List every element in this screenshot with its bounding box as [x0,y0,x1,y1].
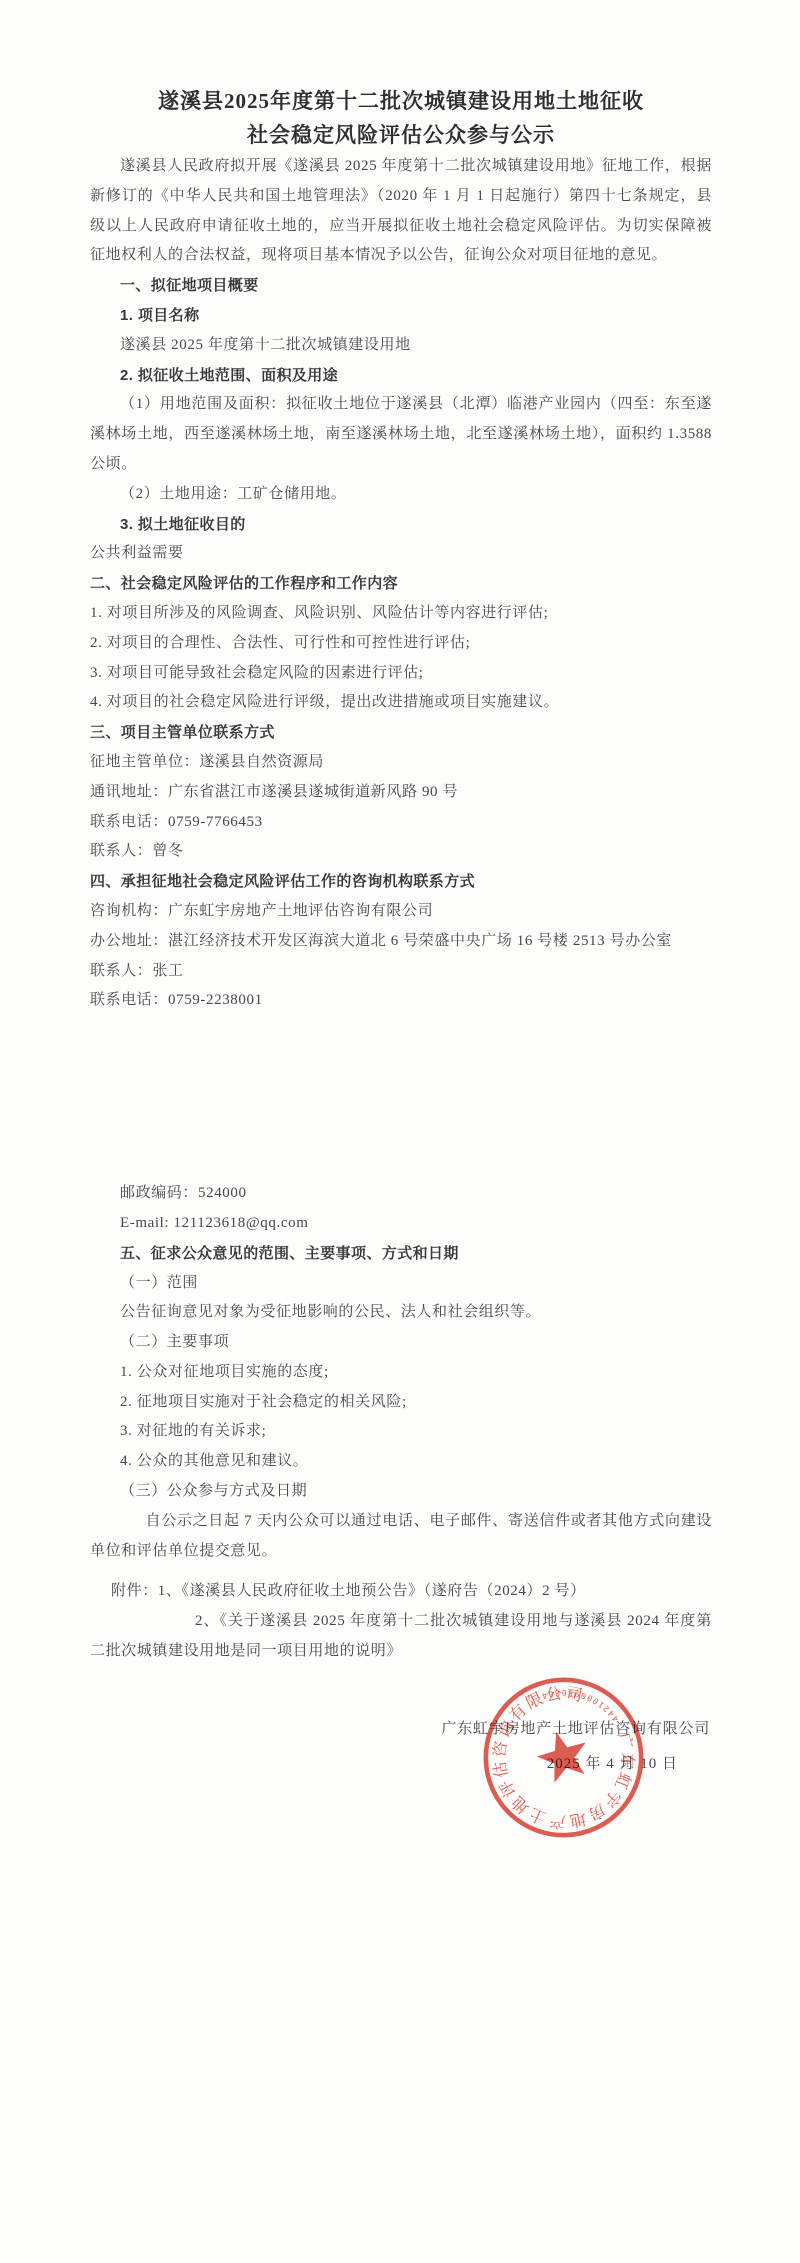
procedure-item-2: 2. 对项目的合理性、合法性、可行性和可控性进行评估; [90,629,712,659]
section-1-heading: 一、拟征地项目概要 [90,271,712,301]
purpose-value: 公共利益需要 [90,539,712,569]
consult-matter-2: 2. 征地项目实施对于社会稳定的相关风险; [90,1388,712,1418]
intro-paragraph: 遂溪县人民政府拟开展《遂溪县 2025 年度第十二批次城镇建设用地》征地工作，根… [90,152,712,271]
agency-email: E-mail: 121123618@qq.com [90,1209,712,1239]
scope-label: 2. 拟征收土地范围、面积及用途 [90,361,712,391]
procedure-item-1: 1. 对项目所涉及的风险调查、风险识别、风险估计等内容进行评估; [90,599,712,629]
agency-org: 咨询机构：广东虹宇房地产土地评估咨询有限公司 [90,897,712,927]
document-page: 遂溪县2025年度第十二批次城镇建设用地土地征收 社会稳定风险评估公众参与公示 … [0,0,800,2263]
doc-title-line2: 社会稳定风险评估公众参与公示 [90,118,712,152]
land-use-text: （2）土地用途：工矿仓储用地。 [90,480,712,510]
signature-company: 广东虹宇房地产土地评估咨询有限公司 [90,1714,712,1744]
doc-title-line1: 遂溪县2025年度第十二批次城镇建设用地土地征收 [90,84,712,118]
scope-text: （1）用地范围及面积：拟征收土地位于遂溪县（北潭）临港产业园内（四至：东至遂溪林… [90,390,712,479]
consult-method-label: （三）公众参与方式及日期 [90,1477,712,1507]
document-content: 遂溪县2025年度第十二批次城镇建设用地土地征收 社会稳定风险评估公众参与公示 … [0,0,800,1779]
consult-matter-4: 4. 公众的其他意见和建议。 [90,1447,712,1477]
procedure-item-4: 4. 对项目的社会稳定风险进行评级，提出改进措施或项目实施建议。 [90,688,712,718]
agency-contact: 联系人：张工 [90,957,712,987]
signature-date: 2025 年 4 月 10 日 [90,1749,712,1779]
authority-unit: 征地主管单位：遂溪县自然资源局 [90,748,712,778]
authority-address: 通讯地址：广东省湛江市遂溪县遂城街道新风路 90 号 [90,778,712,808]
attachment-line-2: 2、《关于遂溪县 2025 年度第十二批次城镇建设用地与遂溪县 2024 年度第… [90,1607,712,1667]
purpose-label: 3. 拟土地征收目的 [90,510,712,540]
consult-matter-3: 3. 对征地的有关诉求; [90,1417,712,1447]
page-break-gap [90,1016,712,1179]
agency-address: 办公地址：湛江经济技术开发区海滨大道北 6 号荣盛中央广场 16 号楼 2513… [90,927,712,957]
project-name-label: 1. 项目名称 [90,301,712,331]
section-2-heading: 二、社会稳定风险评估的工作程序和工作内容 [90,569,712,599]
consult-method-text: 自公示之日起 7 天内公众可以通过电话、电子邮件、寄送信件或者其他方式向建设单位… [90,1507,712,1567]
agency-postcode: 邮政编码：524000 [90,1179,712,1209]
procedure-item-3: 3. 对项目可能导致社会稳定风险的因素进行评估; [90,659,712,689]
authority-contact: 联系人：曾冬 [90,837,712,867]
consult-matter-1: 1. 公众对征地项目实施的态度; [90,1358,712,1388]
project-name-value: 遂溪县 2025 年度第十二批次城镇建设用地 [90,331,712,361]
consult-scope-label: （一）范围 [90,1269,712,1299]
consult-scope-text: 公告征询意见对象为受征地影响的公民、法人和社会组织等。 [90,1298,712,1328]
attachment-line-1: 附件：1、《遂溪县人民政府征收土地预公告》（遂府告（2024）2 号） [90,1577,712,1607]
section-3-heading: 三、项目主管单位联系方式 [90,718,712,748]
agency-phone: 联系电话：0759-2238001 [90,986,712,1016]
section-4-heading: 四、承担征地社会稳定风险评估工作的咨询机构联系方式 [90,867,712,897]
section-5-heading: 五、征求公众意见的范围、主要事项、方式和日期 [90,1239,712,1269]
consult-matters-label: （二）主要事项 [90,1328,712,1358]
authority-phone: 联系电话：0759-7766453 [90,808,712,838]
